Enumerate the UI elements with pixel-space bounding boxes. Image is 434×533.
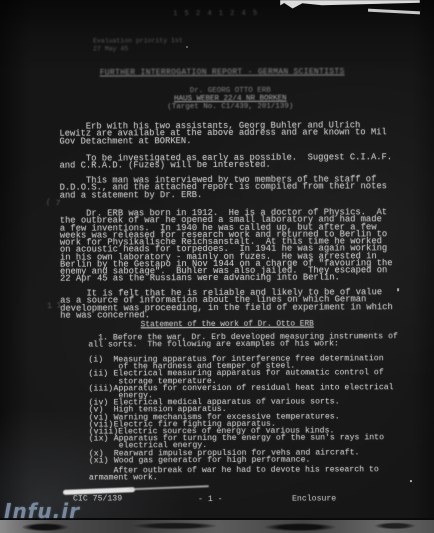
paragraph-interview: This man was interviewed by two members … xyxy=(60,176,387,199)
list-item-label: (xi) xyxy=(89,457,114,464)
reference-note: Evaluation priority 1st27 May 45 xyxy=(93,37,183,52)
page-content: 1 5 2 4 1 2 4 5 Evaluation priority 1st2… xyxy=(0,0,434,533)
dust-speck xyxy=(410,480,412,482)
document-scan: 1 5 2 4 1 2 4 5 Evaluation priority 1st2… xyxy=(0,0,434,533)
list-item-text: Wood gas generator for high performance. xyxy=(114,456,311,464)
statement-heading: Statement of the work of Dr. Otto ERB xyxy=(10,320,434,330)
white-smear-artifact xyxy=(63,487,135,494)
paragraph-assessment: It is felt that he is reliable and likel… xyxy=(60,289,393,319)
site-watermark: Infu.ir xyxy=(4,499,80,523)
page-number: - 1 - xyxy=(198,495,223,504)
work-list: (i)Measuring apparatus for interference … xyxy=(88,355,394,464)
list-item-label: (ix) xyxy=(89,436,114,451)
margin-pencil-mark: 1 1 xyxy=(47,302,62,311)
margin-pencil-mark: ( 7 xyxy=(45,199,60,209)
statement-intro: 1. Before the war, Dr. Erb developed mea… xyxy=(88,333,398,349)
paragraph-investigation: To be investigated as early as possible.… xyxy=(60,154,393,170)
dust-speck xyxy=(186,46,188,48)
dust-speck xyxy=(397,288,399,291)
report-title: FURTHER INTERROGATION REPORT - GERMAN SC… xyxy=(5,67,434,78)
reference-line2: 27 May 45 xyxy=(93,45,128,52)
paragraph-availability: Erb with his two assistants, Georg Buhle… xyxy=(59,122,386,145)
paragraph-biography: Dr. ERB was born in 1912. He is a doctor… xyxy=(60,209,393,283)
enclosure-label: Enclosure xyxy=(292,494,336,503)
list-item-label: (ii) xyxy=(88,371,113,386)
target-number: (Target No. C1/439, 201/139) xyxy=(13,102,434,112)
reference-line1: Evaluation priority 1st xyxy=(93,37,183,44)
footer-reference: CIC 75/139 xyxy=(73,494,122,503)
closing-paragraph: After outbreak of war he had to devote h… xyxy=(89,466,379,482)
